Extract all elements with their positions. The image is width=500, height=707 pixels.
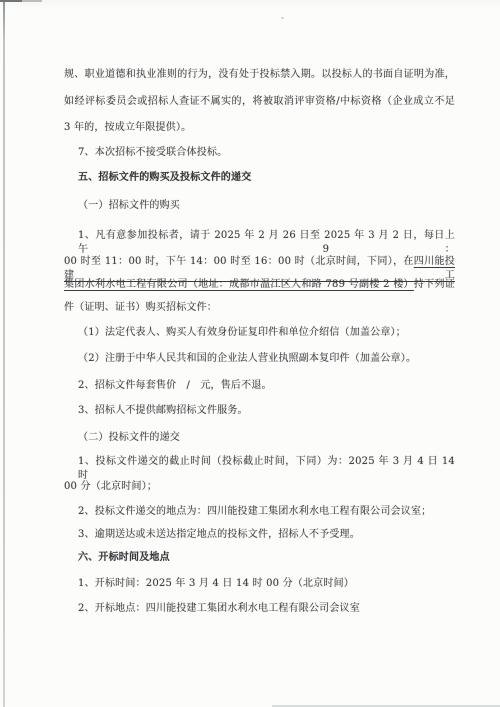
- paragraph-line: 1、投标文件递交的截止时间（投标截止时间，下同）为：2025 年 3 月 4 日…: [78, 455, 455, 469]
- subsection-heading-submission: （二）投标文件的递交: [78, 431, 180, 445]
- paragraph-text: 规、职业道德和执业准则的行为，没有处于投标禁入期。以投标人的书面自证明为准，: [64, 69, 455, 80]
- paragraph-text: 件（证明、证书）购买招标文件：: [64, 302, 217, 313]
- paragraph-text: 1、开标时间：2025 年 3 月 4 日 14 时 00 分（北京时间）: [78, 578, 354, 589]
- paragraph-line: 规、职业道德和执业准则的行为，没有处于投标禁入期。以投标人的书面自证明为准，: [64, 68, 455, 82]
- paragraph-text: 2、开标地点：四川能投建工集团水利水电工程有限公司会议室: [78, 603, 360, 614]
- paragraph-text: 00 分（北京时间）；: [64, 481, 157, 492]
- paragraph-line: 集团水利水电工程有限公司（地址：成都市温江区人和路 789 号副楼 2 楼）持下…: [64, 278, 455, 292]
- paragraph-line: 2、招标文件每套售价 / 元，售后不退。: [78, 379, 272, 393]
- paragraph-text: 3 年的，按成立年限提供）。: [64, 122, 191, 133]
- heading-text: 六、开标时间及地点: [78, 552, 170, 563]
- paragraph-text: （2）注册于中华人民共和国的企业法人营业执照副本复印件（加盖公章）。: [78, 353, 416, 364]
- section-heading-purchase-and-submission: 五、招标文件的购买及投标文件的递交: [78, 171, 251, 185]
- paragraph-line: 00 时至 11：00 时，下午 14：00 时至 16：00 时（北京时间，下…: [64, 255, 455, 269]
- subsection-heading-purchase: （一）招标文件的购买: [78, 199, 180, 213]
- scan-speck: [281, 17, 284, 19]
- list-item-credential-1: （1）法定代表人、购买人有效身份证复印件和单位介绍信（加盖公章）；: [78, 326, 406, 340]
- paragraph-text: 如经评标委员会或招标人查证不属实的，将被取消评审资格/中标资格（企业成立不足: [64, 96, 455, 107]
- scan-edge-line: [3, 0, 5, 707]
- paragraph-line: 3、招标人不提供邮购招标文件服务。: [78, 404, 248, 418]
- paragraph-text: 7、本次招标不接受联合体投标。: [78, 147, 227, 158]
- paragraph-text: （1）法定代表人、购买人有效身份证复印件和单位介绍信（加盖公章）；: [78, 327, 406, 338]
- underlined-company-address: 集团水利水电工程有限公司（地址：成都市温江区人和路 789 号副楼 2 楼）: [64, 279, 414, 290]
- paragraph-line: 3、逾期送达或未送达指定地点的投标文件，招标人不予受理。: [78, 528, 360, 542]
- paragraph-line: 3 年的，按成立年限提供）。: [64, 121, 191, 135]
- paragraph-text: 1、凡有意参加投标者，请于 2025 年 2 月 26 日至 2025 年 3 …: [78, 230, 455, 255]
- paragraph-line: 1、凡有意参加投标者，请于 2025 年 2 月 26 日至 2025 年 3 …: [78, 229, 455, 243]
- paragraph-text: 2、投标文件递交的地点为：四川能投建工集团水利水电工程有限公司会议室；: [78, 506, 431, 517]
- heading-text: （二）投标文件的递交: [78, 432, 180, 443]
- list-item-credential-2: （2）注册于中华人民共和国的企业法人营业执照副本复印件（加盖公章）。: [78, 352, 416, 366]
- paragraph-line: 2、开标地点：四川能投建工集团水利水电工程有限公司会议室: [78, 602, 360, 616]
- paragraph-line: 00 分（北京时间）；: [64, 480, 157, 494]
- heading-text: 五、招标文件的购买及投标文件的递交: [78, 172, 251, 183]
- paragraph-line: 1、开标时间：2025 年 3 月 4 日 14 时 00 分（北京时间）: [78, 577, 354, 591]
- heading-text: （一）招标文件的购买: [78, 200, 180, 211]
- paragraph-line: 如经评标委员会或招标人查证不属实的，将被取消评审资格/中标资格（企业成立不足: [64, 95, 455, 109]
- paragraph-text: 00 时至 11：00 时，下午 14：00 时至 16：00 时（北京时间，下…: [64, 256, 414, 267]
- paragraph-text: 持下列证: [414, 279, 455, 290]
- paragraph-text: 3、逾期送达或未送达指定地点的投标文件，招标人不予受理。: [78, 529, 360, 540]
- scan-corner-mark-light: [22, 0, 42, 2]
- paragraph-line: 2、投标文件递交的地点为：四川能投建工集团水利水电工程有限公司会议室；: [78, 505, 431, 519]
- paragraph-text: 3、招标人不提供邮购招标文件服务。: [78, 405, 248, 416]
- section-heading-opening: 六、开标时间及地点: [78, 551, 170, 565]
- paragraph-line: 件（证明、证书）购买招标文件：: [64, 301, 217, 315]
- scan-corner-mark-dark: [0, 0, 22, 2]
- document-page: 规、职业道德和执业准则的行为，没有处于投标禁入期。以投标人的书面自证明为准， 如…: [0, 0, 500, 707]
- paragraph-text: 1、投标文件递交的截止时间（投标截止时间，下同）为：2025 年 3 月 4 日…: [78, 456, 455, 481]
- paragraph-text: 2、招标文件每套售价 / 元，售后不退。: [78, 380, 272, 391]
- paragraph-line: 7、本次招标不接受联合体投标。: [78, 146, 227, 160]
